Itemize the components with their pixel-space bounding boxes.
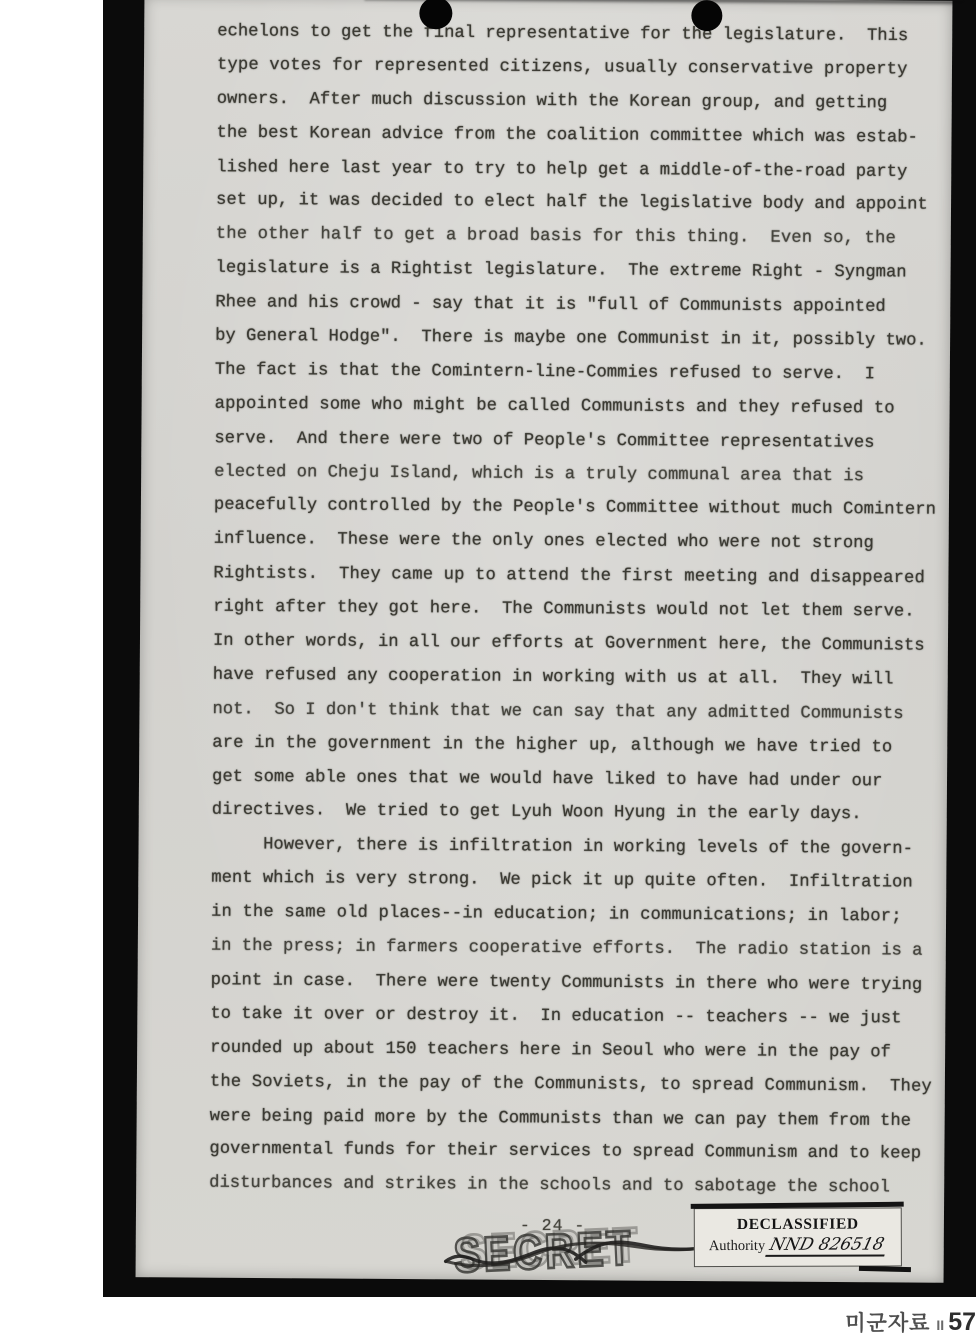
stamp-top-bar — [691, 1202, 904, 1209]
text-line: not. So I don't think that we can say th… — [212, 693, 952, 732]
screenshot-root: { "page": { "body_lines": [ "echelons to… — [0, 0, 976, 1336]
text-line: are in the government in the higher up, … — [212, 726, 952, 765]
declassified-stamp: DECLASSIFIED AuthorityNND 826518 — [694, 1207, 902, 1267]
text-line: in the same old places--in education; in… — [211, 896, 951, 935]
text-line: right after they got here. The Communist… — [213, 591, 953, 630]
text-line: Rightists. They came up to attend the fi… — [213, 557, 953, 596]
text-line: set up, it was decided to elect half the… — [216, 184, 956, 223]
text-line: point in case. There were twenty Communi… — [210, 964, 950, 1003]
volume-numeral: II — [936, 1317, 944, 1333]
text-line: the Soviets, in the pay of the Communist… — [210, 1065, 950, 1104]
text-line: owners. After much discussion with the K… — [217, 82, 957, 121]
text-line: In other words, in all our efforts at Go… — [213, 625, 953, 664]
text-line: elected on Cheju Island, which is a trul… — [214, 455, 954, 494]
text-line: disturbances and strikes in the schools … — [209, 1167, 949, 1206]
text-line: to take it over or destroy it. In educat… — [210, 998, 950, 1037]
text-line: in the press; in farmers cooperative eff… — [211, 930, 951, 969]
punch-hole-icon — [691, 0, 722, 31]
text-line: ment which is very strong. We pick it up… — [211, 862, 951, 901]
secret-stamp: SECRET SECRET — [453, 1219, 695, 1286]
text-line: However, there is infiltration in workin… — [211, 829, 951, 868]
declassified-title: DECLASSIFIED — [695, 1215, 901, 1234]
typewritten-text-block: echelons to get the final representative… — [209, 15, 957, 1206]
text-line: the other half to get a broad basis for … — [216, 218, 956, 257]
text-line: lished here last year to try to help get… — [216, 151, 956, 190]
text-line: were being paid more by the Communists t… — [210, 1100, 950, 1139]
text-line: get some able ones that we would have li… — [212, 760, 952, 799]
text-line: legislature is a Rightist legislature. T… — [215, 252, 955, 291]
text-line: echelons to get the final representative… — [217, 15, 957, 54]
text-line: rounded up about 150 teachers here in Se… — [210, 1031, 950, 1070]
secret-stamp-ghost: SECRET — [459, 1218, 642, 1281]
stamp-bottom-bar — [859, 1266, 911, 1272]
document-page: echelons to get the final representative… — [136, 0, 953, 1283]
text-line: The fact is that the Comintern-line-Comm… — [215, 354, 955, 393]
text-line: by General Hodge". There is maybe one Co… — [215, 320, 955, 359]
archive-caption: 미군자료II57 — [820, 1307, 976, 1336]
declassified-authority: AuthorityNND 826518 — [695, 1234, 901, 1257]
text-line: the best Korean advice from the coalitio… — [216, 116, 956, 155]
text-line: directives. We tried to get Lyuh Woon Hy… — [212, 794, 952, 833]
korean-label: 미군자료 — [845, 1312, 930, 1335]
text-line: governmental funds for their services to… — [209, 1133, 949, 1172]
text-line: Rhee and his crowd - say that it is "ful… — [215, 286, 955, 325]
authority-number: NND 826518 — [765, 1234, 889, 1256]
text-line: peacefully controlled by the People's Co… — [214, 489, 954, 528]
text-line: influence. These were the only ones elec… — [214, 523, 954, 562]
archive-page-number: 57 — [948, 1308, 976, 1336]
text-line: type votes for represented citizens, usu… — [217, 49, 957, 88]
scan-edge-shadow — [364, 0, 964, 6]
authority-label: Authority — [709, 1238, 765, 1254]
text-line: appointed some who might be called Commu… — [215, 387, 955, 426]
text-line: have refused any cooperation in working … — [213, 659, 953, 698]
